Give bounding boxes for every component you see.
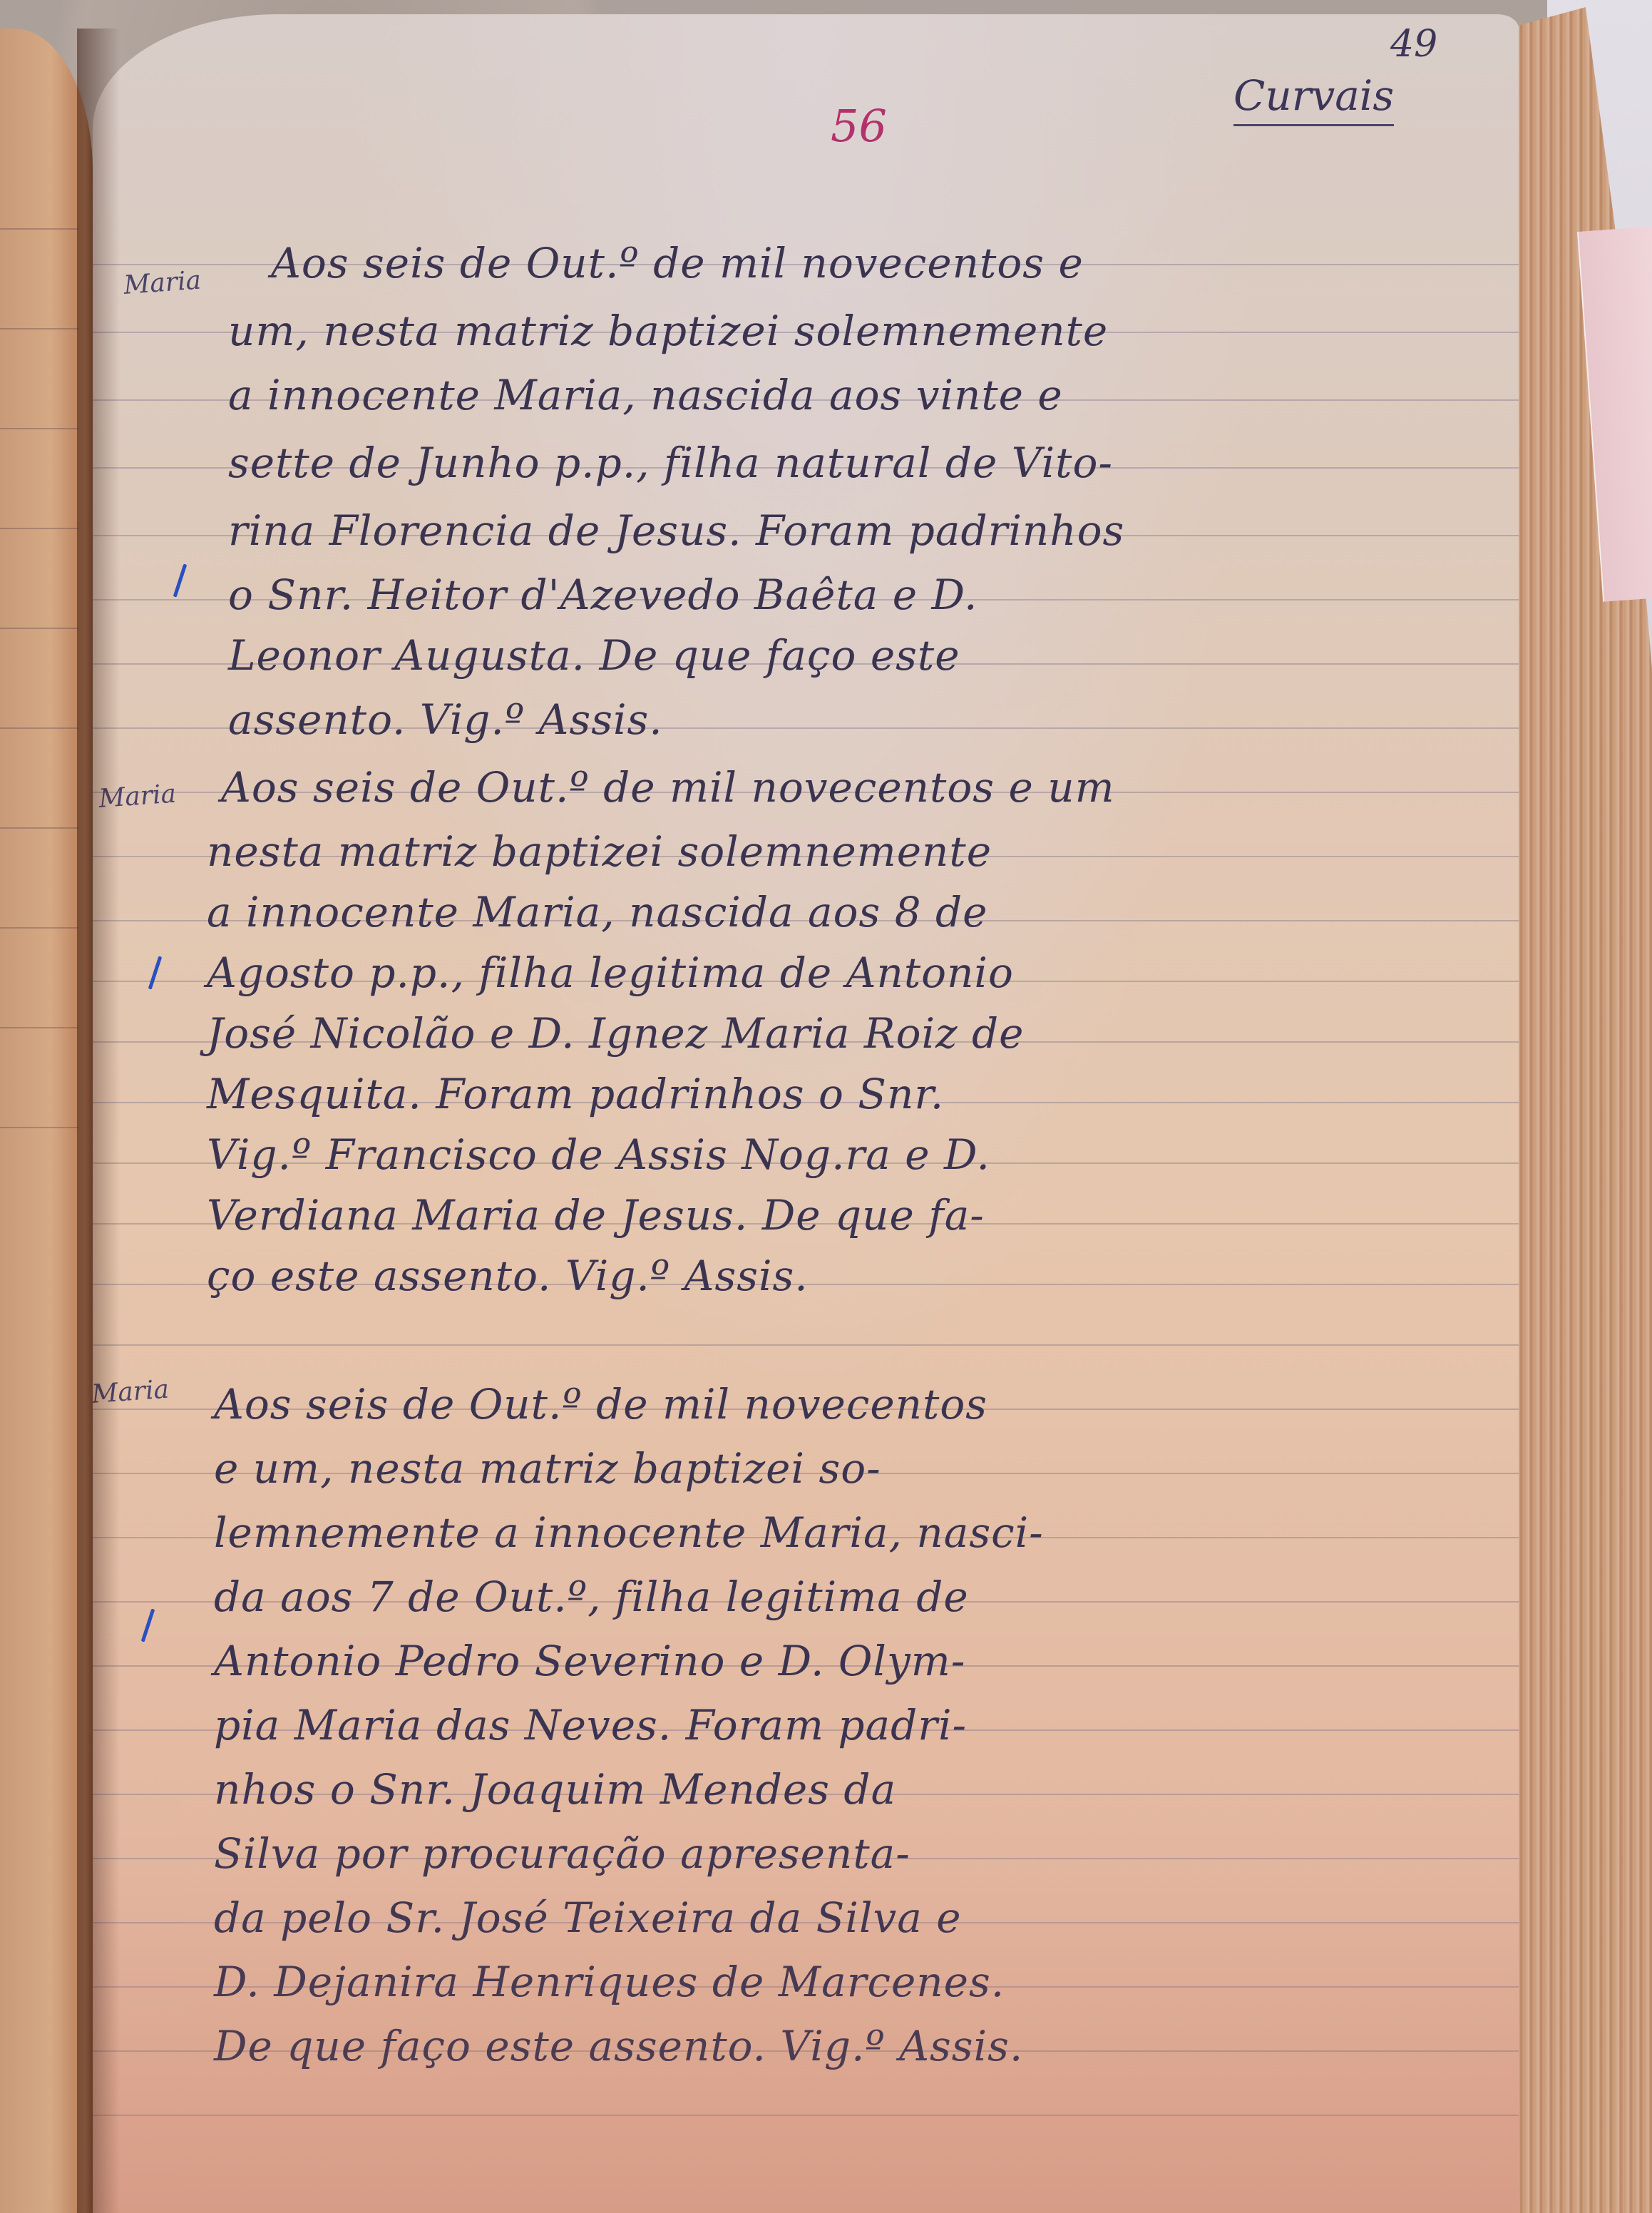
book-gutter-shadow — [77, 29, 120, 2213]
page-number-stamp: 56 — [831, 100, 887, 152]
entry-line: José Nicolão e D. Ignez Maria Roiz de — [207, 1009, 1025, 1058]
entry-line: a innocente Maria, nascida aos 8 de — [207, 888, 987, 936]
entry-line: De que faço este assento. Vig.º Assis. — [214, 2022, 1023, 2070]
entry-line: ço este assento. Vig.º Assis. — [207, 1252, 809, 1300]
entry-line: nesta matriz baptizei solemnemente — [207, 827, 992, 876]
parish-name-heading: Curvais — [1233, 71, 1394, 126]
entry-line: assento. Vig.º Assis. — [228, 695, 663, 744]
blue-tick-mark — [141, 1608, 155, 1642]
blue-tick-mark — [148, 956, 163, 989]
entry-line: Leonor Augusta. De que faço este — [228, 631, 960, 680]
entry-line: Agosto p.p., filha legitima de Antonio — [207, 949, 1014, 997]
entry-line: pia Maria das Neves. Foram padri- — [214, 1701, 967, 1749]
entry-line: e um, nesta matriz baptizei so- — [214, 1444, 881, 1493]
entry-line: Vig.º Francisco de Assis Nog.ra e D. — [207, 1130, 990, 1179]
entry-line: da aos 7 de Out.º, filha legitima de — [214, 1573, 969, 1621]
register-page: 49 56 Curvais Maria Aos seis de Out.º de… — [93, 14, 1519, 2213]
blue-tick-mark — [173, 563, 188, 597]
page-number-ink: 49 — [1390, 23, 1437, 66]
margin-name: Maria — [123, 266, 202, 300]
entry-line: da pelo Sr. José Teixeira da Silva e — [214, 1893, 962, 1942]
entry-line: Antonio Pedro Severino e D. Olym- — [214, 1637, 965, 1685]
entry-line: Mesquita. Foram padrinhos o Snr. — [207, 1070, 944, 1118]
entry-line: Aos seis de Out.º de mil novecentos e um — [221, 763, 1115, 812]
entry-line: nhos o Snr. Joaquim Mendes da — [214, 1765, 896, 1814]
entry-line: sette de Junho p.p., filha natural de Vi… — [228, 439, 1113, 487]
entry-line: Verdiana Maria de Jesus. De que fa- — [207, 1191, 985, 1240]
entry-line: Silva por procuração apresenta- — [214, 1829, 910, 1878]
entry-line: lemnemente a innocente Maria, nasci- — [214, 1508, 1044, 1557]
entry-line: um, nesta matriz baptizei solemnemente — [228, 307, 1108, 355]
entry-line: D. Dejanira Henriques de Marcenes. — [214, 1958, 1005, 2006]
entry-line: rina Florencia de Jesus. Foram padrinhos — [228, 506, 1124, 555]
entry-line: Aos seis de Out.º de mil novecentos — [214, 1380, 987, 1429]
entry-line: a innocente Maria, nascida aos vinte e — [228, 371, 1063, 419]
entry-line: Aos seis de Out.º de mil novecentos e — [271, 239, 1084, 287]
entry-line: o Snr. Heitor d'Azevedo Baêta e D. — [228, 571, 978, 619]
